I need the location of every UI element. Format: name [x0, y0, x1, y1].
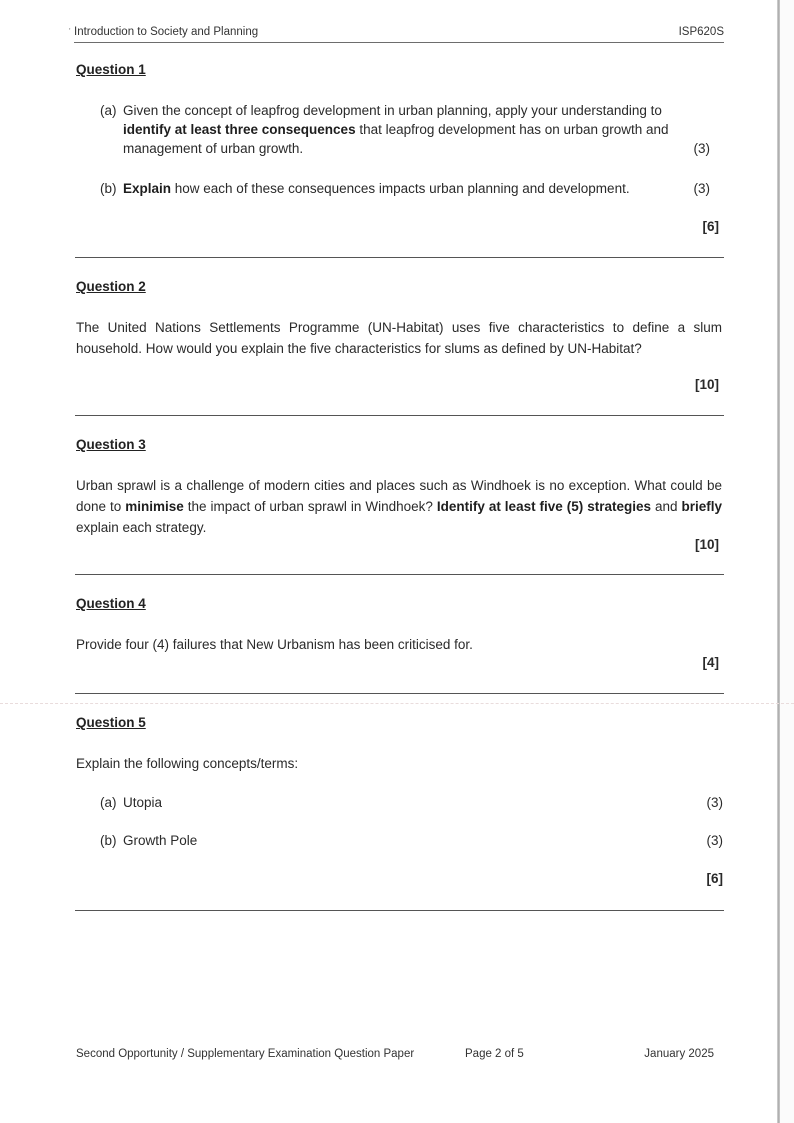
question-1a: (a) Given the concept of leapfrog develo… [100, 101, 710, 161]
exam-date: January 2025 [644, 1048, 714, 1060]
emphasis: Identify at least five (5) strategies [437, 499, 651, 514]
question-2-total-marks: [10] [695, 377, 719, 392]
part-label: (a) [100, 101, 117, 120]
part-marks: (3) [707, 793, 724, 812]
divider [75, 415, 724, 416]
question-1b: (b) Explain how each of these consequenc… [100, 179, 710, 199]
part-label: (b) [100, 179, 117, 198]
question-5-total-marks: [6] [707, 871, 724, 886]
question-1a-text: Given the concept of leapfrog developmen… [123, 101, 710, 158]
divider [75, 910, 724, 911]
question-5-intro: Explain the following concepts/terms: [76, 753, 722, 774]
scan-edge-line [777, 0, 780, 1123]
scan-artifact-line [0, 703, 794, 704]
scan-mark: ' [69, 27, 71, 36]
course-title: Introduction to Society and Planning [74, 26, 258, 38]
page-number: Page 2 of 5 [465, 1048, 524, 1060]
divider [75, 257, 724, 258]
exam-type: Second Opportunity / Supplementary Exami… [76, 1048, 414, 1060]
question-1-total-marks: [6] [703, 219, 720, 234]
question-4-total-marks: [4] [703, 655, 720, 670]
part-marks: (3) [694, 179, 711, 198]
course-code: ISP620S [679, 26, 724, 38]
question-5b-text: Growth Pole [123, 831, 723, 850]
page-header: Introduction to Society and Planning ISP… [74, 26, 724, 43]
part-marks: (3) [707, 831, 724, 850]
question-3-total-marks: [10] [695, 537, 719, 552]
part-marks: (3) [694, 139, 711, 158]
emphasis: identify at least three consequences [123, 122, 356, 137]
question-4-title: Question 4 [76, 596, 146, 611]
question-5-title: Question 5 [76, 715, 146, 730]
emphasis: briefly [682, 499, 723, 514]
emphasis: Explain [123, 181, 171, 196]
question-3-text: Urban sprawl is a challenge of modern ci… [76, 475, 722, 538]
question-5a: (a) Utopia (3) [100, 793, 723, 813]
emphasis: minimise [125, 499, 184, 514]
scan-margin [780, 0, 794, 1123]
question-3-title: Question 3 [76, 437, 146, 452]
divider [75, 574, 724, 575]
question-1b-text: Explain how each of these consequences i… [123, 179, 710, 198]
part-label: (a) [100, 793, 117, 812]
question-2-title: Question 2 [76, 279, 146, 294]
question-2-text: The United Nations Settlements Programme… [76, 317, 722, 359]
question-1-title: Question 1 [76, 62, 146, 77]
part-label: (b) [100, 831, 117, 850]
question-5a-text: Utopia [123, 793, 723, 812]
divider [75, 693, 724, 694]
question-5b: (b) Growth Pole (3) [100, 831, 723, 851]
question-4-text: Provide four (4) failures that New Urban… [76, 634, 722, 655]
